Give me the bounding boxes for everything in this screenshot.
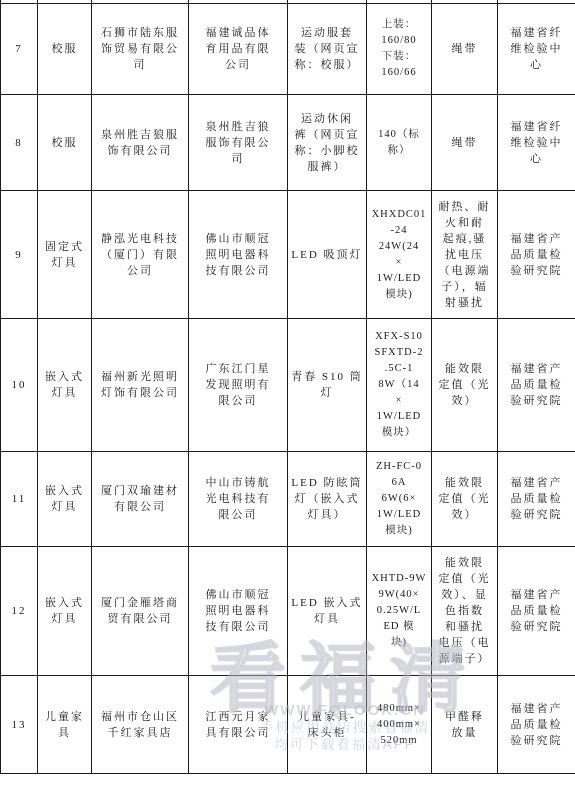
cell-spec: XFX-S10 SFXTD-2 .5C-1 8W（14 × 1W/LED 模块） [367,319,432,452]
cell-no: 11 [1,452,38,547]
cell-no: 12 [1,547,38,676]
cell-product: LED 吸顶灯 [288,191,367,319]
cell-no: 10 [1,319,38,452]
cell-agency: 福建省纤 维检验中 心 [498,4,575,95]
cell-no: 9 [1,191,38,319]
cell-producer: 石狮市陆东服 饰贸易有限公 司 [92,4,189,95]
cell-items: 绳带 [432,95,498,191]
table-row: 11 嵌入式 灯具 厦门双瑜建材 有限公司 中山市铸航 光电科技有 限公司 LE… [1,452,575,547]
cell-category: 儿童家 具 [38,676,92,774]
cell-items: 耐热、耐 火和耐 起痕,骚 扰电压 （电源端 子），辐 射骚扰 [432,191,498,319]
cell-producer: 静泓光电科技 （厦门）有限 公司 [92,191,189,319]
table-row: 12 嵌入式 灯具 厦门金雁塔商 贸有限公司 佛山市顺冠 照明电器科 技有限公司… [1,547,575,676]
cell-agency: 福建省纤 维检验中 心 [498,95,575,191]
cell-producer: 福州新光照明 灯饰有限公司 [92,319,189,452]
cell-product: 儿童家具- 床头柜 [288,676,367,774]
inspection-table: 7 校服 石狮市陆东服 饰贸易有限公 司 福建诚品体 育用品有限 公司 运动服套… [0,0,575,774]
cell-category: 嵌入式 灯具 [38,547,92,676]
cell-no: 13 [1,676,38,774]
cell-agency: 福建省产 品质量检 验研究院 [498,547,575,676]
cell-producer: 厦门金雁塔商 贸有限公司 [92,547,189,676]
cell-manufacturer: 佛山市顺冠 照明电器科 技有限公司 [189,547,288,676]
cell-agency: 福建省产 品质量检 验研究院 [498,191,575,319]
cell-producer: 厦门双瑜建材 有限公司 [92,452,189,547]
table-row: 7 校服 石狮市陆东服 饰贸易有限公 司 福建诚品体 育用品有限 公司 运动服套… [1,4,575,95]
cell-category: 嵌入式 灯具 [38,452,92,547]
cell-items: 能效限 定值（光 效） [432,319,498,452]
cell-spec: XHXDC01 -24 24W(24 × 1W/LED 模块) [367,191,432,319]
cell-manufacturer: 泉州胜吉狼 服饰有限公 司 [189,95,288,191]
cell-items: 绳带 [432,4,498,95]
cell-category: 校服 [38,4,92,95]
cell-manufacturer: 中山市铸航 光电科技有 限公司 [189,452,288,547]
cell-spec: 140（标 称） [367,95,432,191]
cell-manufacturer: 福建诚品体 育用品有限 公司 [189,4,288,95]
cell-producer: 泉州胜吉狼服 饰有限公司 [92,95,189,191]
cell-product: 运动服套 装（网页宣 称：校服） [288,4,367,95]
cell-product: LED 防眩筒 灯（嵌入式 灯具） [288,452,367,547]
cell-product: 青春 S10 筒 灯 [288,319,367,452]
cell-category: 固定式 灯具 [38,191,92,319]
cell-agency: 福建省产 品质量检 验研究院 [498,452,575,547]
table-row: 8 校服 泉州胜吉狼服 饰有限公司 泉州胜吉狼 服饰有限公 司 运动休闲 裤（网… [1,95,575,191]
cell-spec: ZH-FC-0 6A 6W(6× 1W/LED 模块) [367,452,432,547]
cell-category: 嵌入式 灯具 [38,319,92,452]
cell-manufacturer: 江西元月家 具有限公司 [189,676,288,774]
cell-product: LED 嵌入式 灯具 [288,547,367,676]
cell-spec: 480mm× 400mm× 520mm [367,676,432,774]
cell-producer: 福州市仓山区 千红家具店 [92,676,189,774]
cell-items: 能效限 定值（光 效）、显 色指数 和骚扰 电压（电 源端子） [432,547,498,676]
cell-spec: 上装： 160/80 下装： 160/66 [367,4,432,95]
cell-manufacturer: 广东江门星 发现照明有 限公司 [189,319,288,452]
cell-category: 校服 [38,95,92,191]
cell-items: 能效限 定值（光 效） [432,452,498,547]
table-row: 13 儿童家 具 福州市仓山区 千红家具店 江西元月家 具有限公司 儿童家具- … [1,676,575,774]
table-row: 10 嵌入式 灯具 福州新光照明 灯饰有限公司 广东江门星 发现照明有 限公司 … [1,319,575,452]
cell-manufacturer: 佛山市顺冠 照明电器科 技有限公司 [189,191,288,319]
cell-spec: XHTD-9W 9W(40× 0.25W/L ED 模 块) [367,547,432,676]
cell-no: 7 [1,4,38,95]
cell-product: 运动休闲 裤（网页宣 称：小脚校 服裤） [288,95,367,191]
page: 7 校服 石狮市陆东服 饰贸易有限公 司 福建诚品体 育用品有限 公司 运动服套… [0,0,575,789]
cell-no: 8 [1,95,38,191]
cell-items: 甲醛释 放量 [432,676,498,774]
cell-agency: 福建省产 品质量检 验研究院 [498,676,575,774]
table-row: 9 固定式 灯具 静泓光电科技 （厦门）有限 公司 佛山市顺冠 照明电器科 技有… [1,191,575,319]
cell-agency: 福建省产 品质量检 验研究院 [498,319,575,452]
